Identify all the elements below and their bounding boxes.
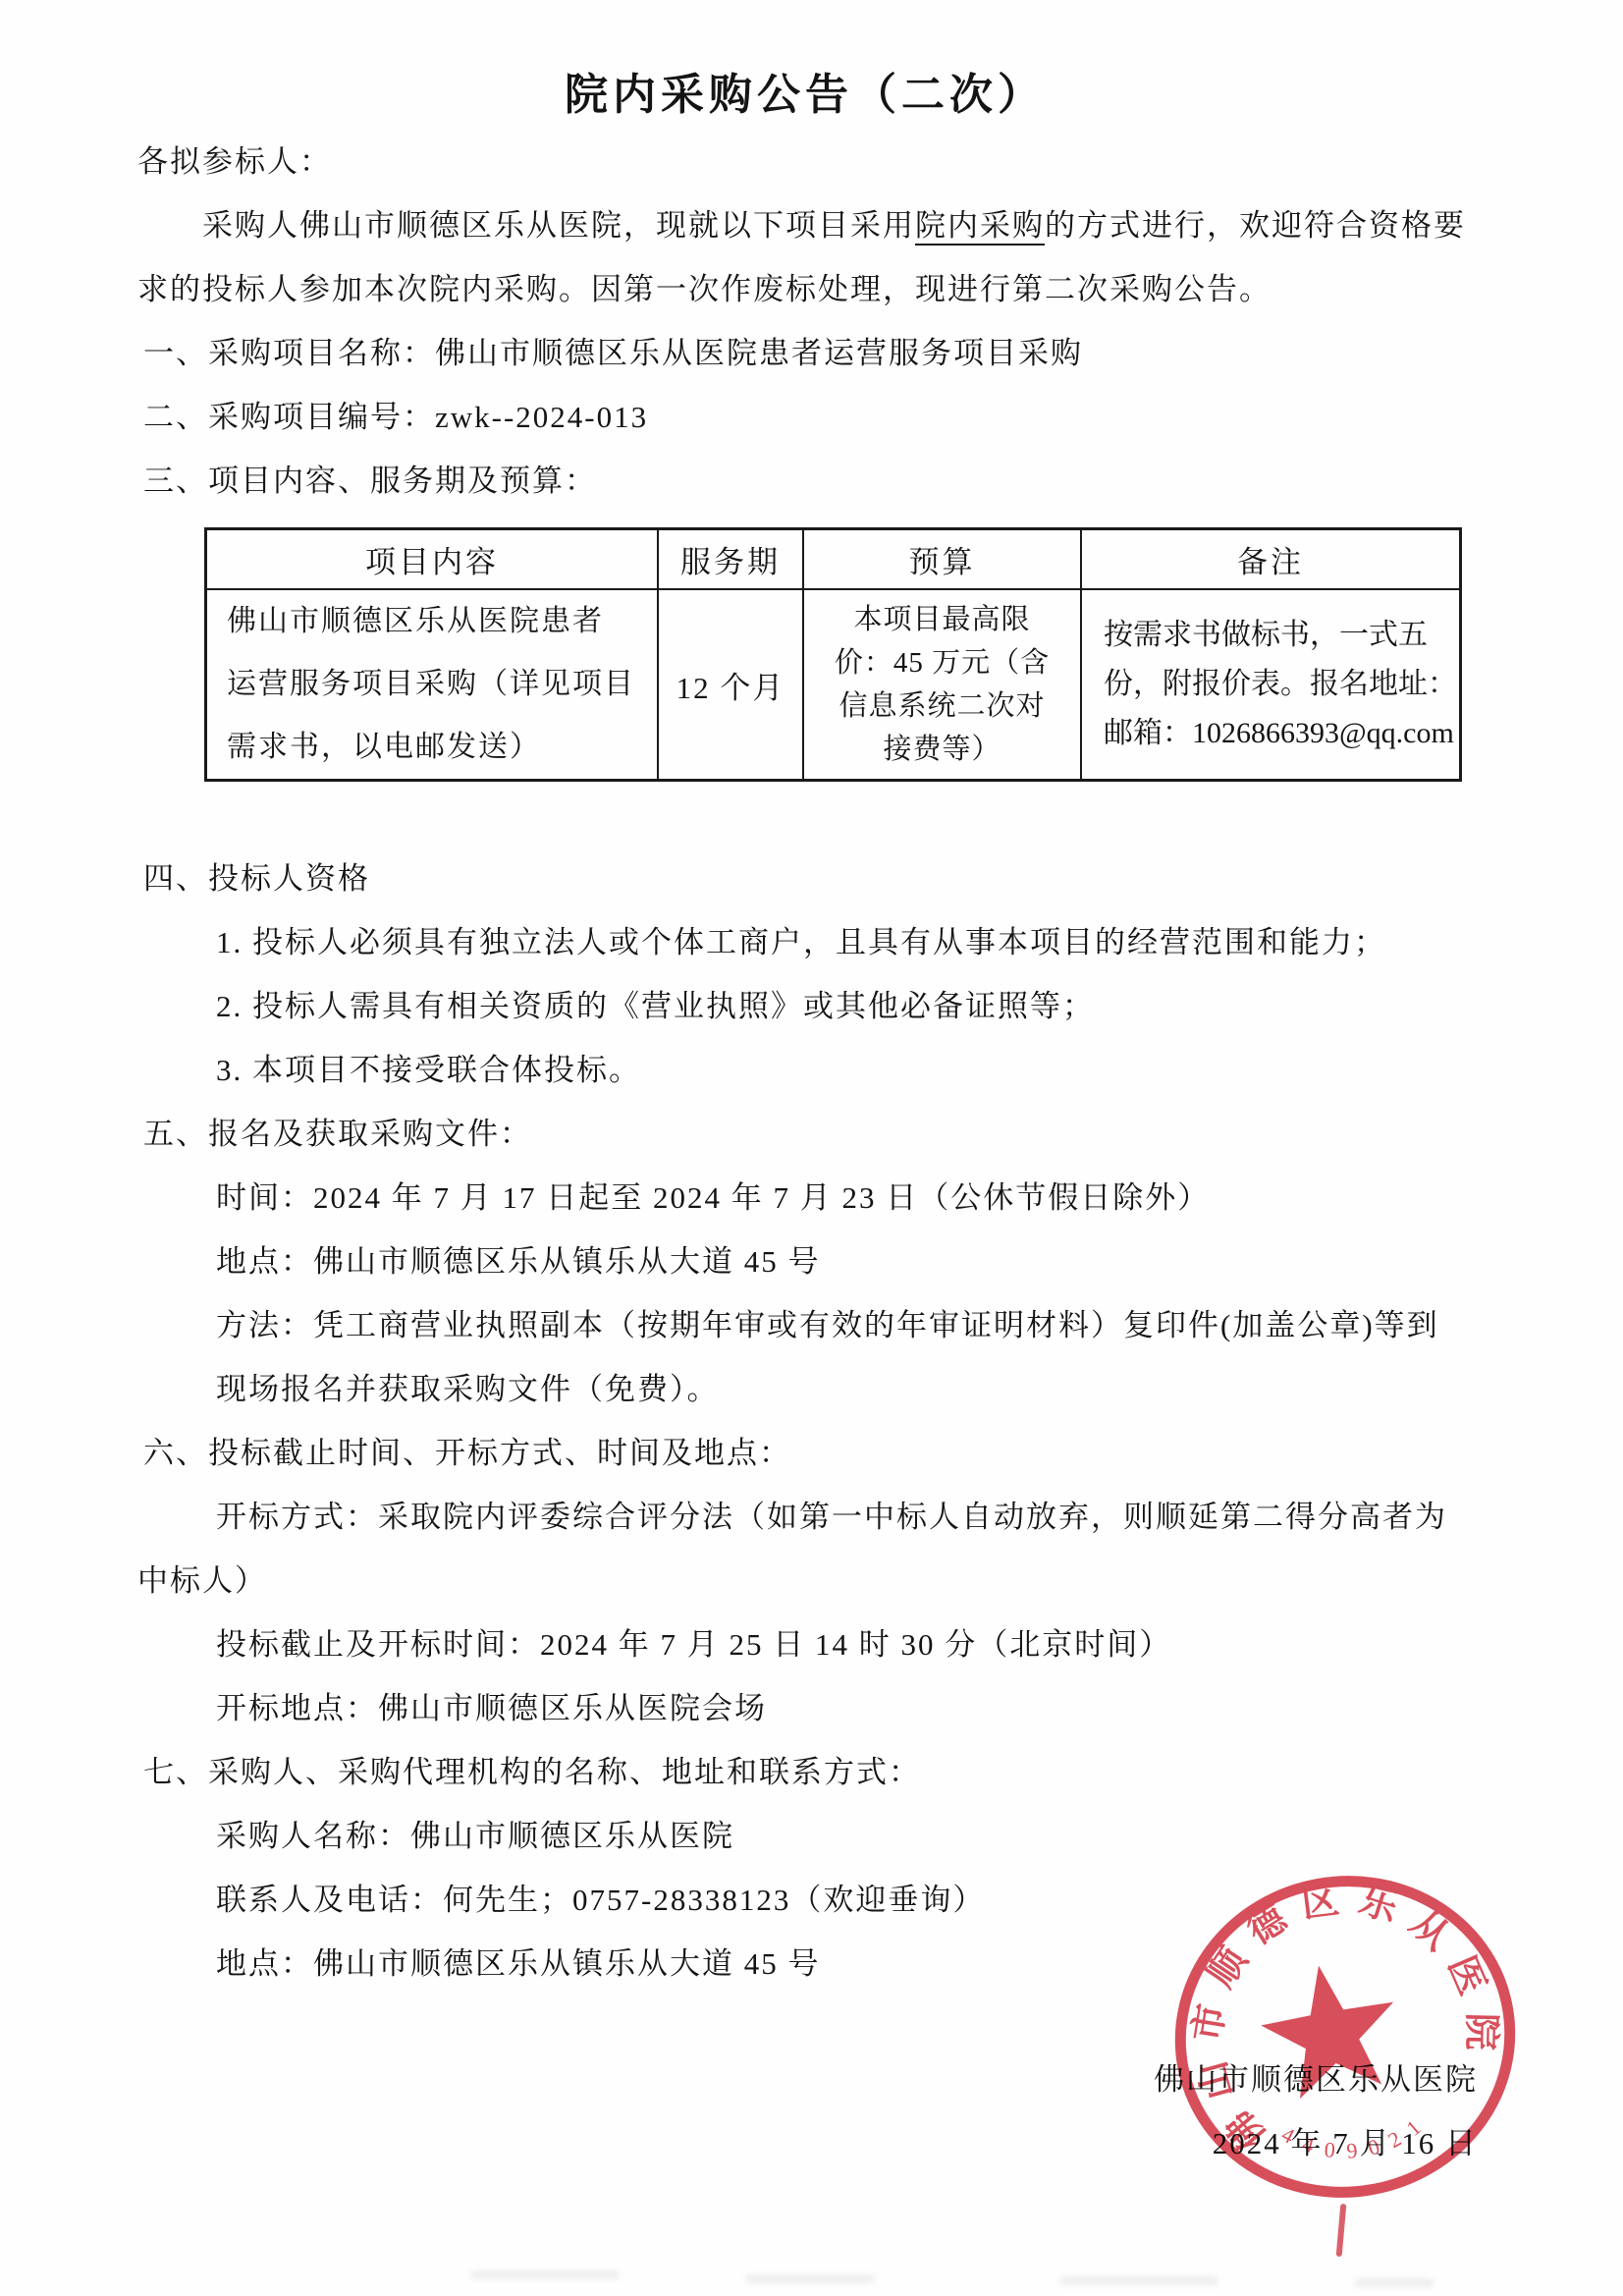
- svg-text:4409021: 4409021: [1274, 2097, 1439, 2176]
- table-header-row: 项目内容 服务期 预算 备注: [206, 529, 1461, 590]
- section-5-method-wrap: 现场报名并获取采购文件（免费）。: [137, 1357, 1532, 1421]
- section-6-heading: 六、投标截止时间、开标方式、时间及地点：: [137, 1421, 1532, 1485]
- document-content: 院内采购公告（二次） 各拟参标人： 采购人佛山市顺德区乐从医院，现就以下项目采用…: [0, 0, 1623, 2175]
- project-table-header: 项目内容 服务期 预算 备注: [206, 529, 1461, 590]
- header-project-content: 项目内容: [206, 529, 659, 590]
- project-table: 项目内容 服务期 预算 备注 佛山市顺德区乐从医院患者 运营服务项目采购（详见项…: [204, 527, 1462, 782]
- section-4-sub-3: 3. 本项目不接受联合体投标。: [137, 1038, 1532, 1102]
- intro-line-1: 采购人佛山市顺德区乐从医院，现就以下项目采用院内采购的方式进行，欢迎符合资格要: [137, 193, 1532, 257]
- budget-line: 价：45 万元（含: [804, 641, 1080, 684]
- section-6-method: 开标方式：采取院内评委综合评分法（如第一中标人自动放弃，则顺延第二得分高者为: [137, 1485, 1532, 1549]
- scan-smudge: [471, 2270, 619, 2279]
- section-5-time: 时间：2024 年 7 月 17 日起至 2024 年 7 月 23 日（公休节…: [137, 1166, 1532, 1230]
- remark-line: 邮箱：1026866393@qq.com: [1104, 709, 1459, 758]
- intro-line-1-post: 的方式进行，欢迎符合资格要: [1045, 208, 1466, 243]
- section-4-sub-2: 2. 投标人需具有相关资质的《营业执照》或其他必备证照等；: [137, 974, 1532, 1038]
- budget-line: 信息系统二次对: [804, 684, 1080, 728]
- section-7-purchaser: 采购人名称：佛山市顺德区乐从医院: [137, 1804, 1532, 1868]
- scan-smudge: [1355, 2278, 1434, 2287]
- section-1-heading: 一、采购项目名称：佛山市顺德区乐从医院患者运营服务项目采购: [137, 321, 1532, 385]
- cell-service-period: 12 个月: [658, 589, 803, 781]
- section-6-method-wrap: 中标人）: [137, 1549, 1532, 1613]
- remark-line: 按需求书做标书，一式五: [1104, 611, 1459, 660]
- cell-project-content: 佛山市顺德区乐从医院患者 运营服务项目采购（详见项目 需求书，以电邮发送）: [206, 589, 659, 781]
- table-row: 佛山市顺德区乐从医院患者 运营服务项目采购（详见项目 需求书，以电邮发送） 12…: [206, 589, 1461, 781]
- budget-line: 接费等）: [804, 728, 1080, 771]
- seal-star-icon: [1253, 1954, 1408, 2104]
- section-5-heading: 五、报名及获取采购文件：: [137, 1102, 1532, 1166]
- section-4-sub-1: 1. 投标人必须具有独立法人或个体工商户，且具有从事本项目的经营范围和能力；: [137, 910, 1532, 974]
- cell-budget: 本项目最高限 价：45 万元（含 信息系统二次对 接费等）: [803, 589, 1081, 781]
- intro-underlined-term: 院内采购: [915, 208, 1045, 246]
- header-service-period: 服务期: [658, 529, 803, 590]
- cell-remark: 按需求书做标书，一式五 份，附报价表。报名地址： 邮箱：1026866393@q…: [1081, 589, 1461, 781]
- section-7-heading: 七、采购人、采购代理机构的名称、地址和联系方式：: [137, 1740, 1532, 1804]
- section-4-heading: 四、投标人资格: [137, 847, 1532, 910]
- header-remark: 备注: [1081, 529, 1461, 590]
- project-content-line: 需求书，以电邮发送）: [227, 716, 657, 779]
- seal-serial-number: 4409021: [1274, 2097, 1439, 2176]
- service-period-value: 12 个月: [659, 663, 802, 707]
- budget-line: 本项目最高限: [804, 598, 1080, 641]
- section-2-heading: 二、采购项目编号：zwk--2024-013: [137, 385, 1532, 449]
- intro-line-1-pre: 采购人佛山市顺德区乐从医院，现就以下项目采用: [202, 208, 915, 243]
- project-content-line: 佛山市顺德区乐从医院患者: [227, 590, 657, 653]
- scan-smudge: [746, 2274, 874, 2283]
- project-table-body: 佛山市顺德区乐从医院患者 运营服务项目采购（详见项目 需求书，以电邮发送） 12…: [206, 589, 1461, 781]
- section-6-open-place: 开标地点：佛山市顺德区乐从医院会场: [137, 1676, 1532, 1740]
- remark-line: 份，附报价表。报名地址：: [1104, 660, 1459, 709]
- section-3-heading: 三、项目内容、服务期及预算：: [137, 449, 1532, 513]
- official-seal-stamp: 佛山市顺德区乐从医院 4409021: [1159, 1868, 1532, 2212]
- section-5-method: 方法：凭工商营业执照副本（按期年审或有效的年审证明材料）复印件(加盖公章)等到: [137, 1293, 1532, 1357]
- salutation: 各拟参标人：: [137, 130, 1532, 193]
- project-content-line: 运营服务项目采购（详见项目: [227, 653, 657, 716]
- section-6-deadline: 投标截止及开标时间：2024 年 7 月 25 日 14 时 30 分（北京时间…: [137, 1613, 1532, 1676]
- page-title: 院内采购公告（二次）: [108, 61, 1502, 130]
- header-budget: 预算: [803, 529, 1081, 590]
- scan-smudge: [1060, 2276, 1217, 2285]
- document-page: 院内采购公告（二次） 各拟参标人： 采购人佛山市顺德区乐从医院，现就以下项目采用…: [0, 0, 1623, 2296]
- section-5-place: 地点：佛山市顺德区乐从镇乐从大道 45 号: [137, 1230, 1532, 1293]
- intro-line-2: 求的投标人参加本次院内采购。因第一次作废标处理，现进行第二次采购公告。: [137, 257, 1532, 321]
